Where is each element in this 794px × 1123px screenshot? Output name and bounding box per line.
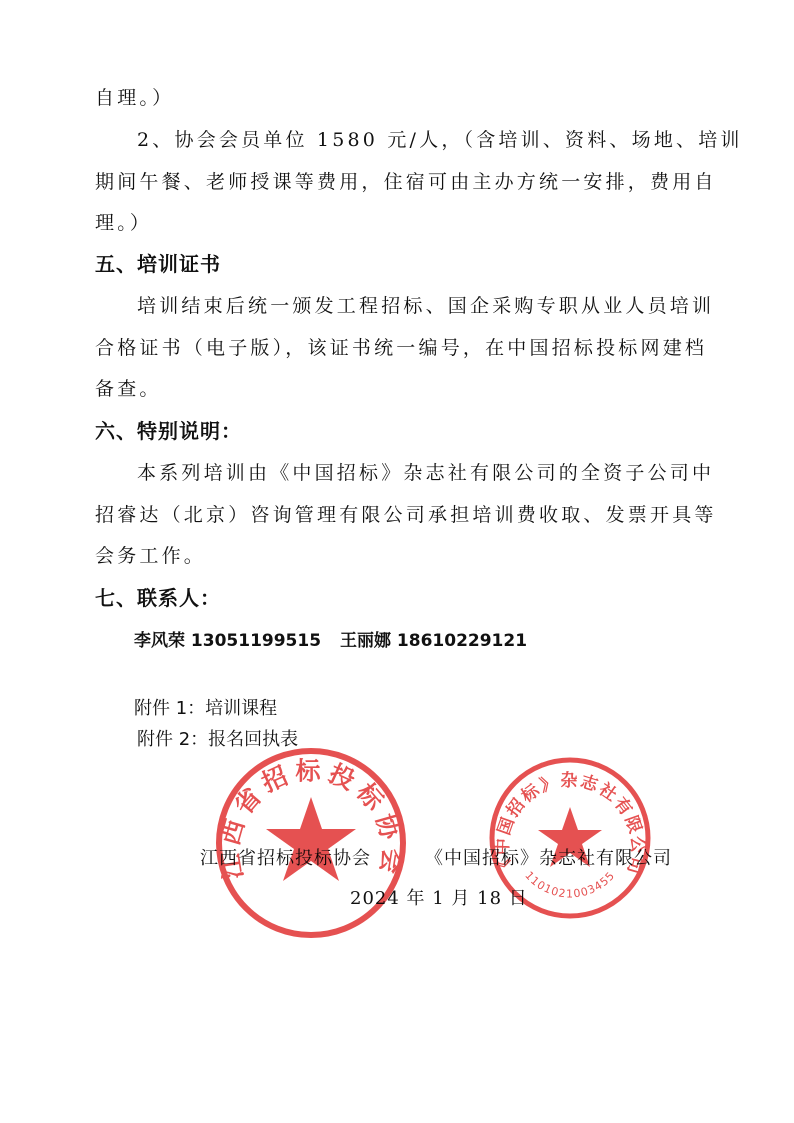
section-heading-special-notes: 六、特别说明：	[95, 419, 242, 443]
body-text-line: 自理。）	[95, 86, 174, 110]
body-text-line: 备查。	[95, 377, 162, 401]
section-heading-contacts: 七、联系人：	[95, 586, 221, 610]
contact-item: 李风荣 13051199515	[134, 626, 321, 651]
contact-name: 王丽娜	[340, 631, 391, 651]
official-seal-china-tendering-icon: 《中国招标》杂志社有限公司 1101021003455	[487, 755, 653, 921]
contact-phone: 13051199515	[191, 631, 321, 651]
body-text-line: 理。）	[95, 211, 152, 235]
contact-phone: 18610229121	[397, 631, 527, 651]
contact-name: 李风荣	[134, 631, 185, 651]
contact-item: 王丽娜 18610229121	[340, 626, 527, 651]
body-text-line: 招睿达（北京）咨询管理有限公司承担培训费收取、发票开具等	[95, 503, 717, 527]
body-text-line: 期间午餐、老师授课等费用，住宿可由主办方统一安排，费用自	[95, 170, 717, 194]
body-text-line: 会务工作。	[95, 544, 206, 568]
seal-number: 1101021003455	[522, 869, 617, 901]
attachment-item: 附件 1：培训课程	[134, 694, 277, 720]
official-seal-jiangxi-icon: 江西省招标投标协会	[213, 745, 409, 941]
section-heading-certificate: 五、培训证书	[95, 252, 221, 276]
body-text-line: 培训结束后统一颁发工程招标、国企采购专职从业人员培训	[137, 294, 714, 318]
svg-text:1101021003455: 1101021003455	[522, 869, 617, 901]
body-text-line: 2、协会会员单位 1580 元/人，（含培训、资料、场地、培训	[137, 128, 743, 152]
body-text-line: 合格证书（电子版），该证书统一编号，在中国招标投标网建档	[95, 336, 707, 360]
body-text-line: 本系列培训由《中国招标》杂志社有限公司的全资子公司中	[137, 461, 714, 485]
document-page: 自理。） 2、协会会员单位 1580 元/人，（含培训、资料、场地、培训 期间午…	[0, 0, 794, 1123]
